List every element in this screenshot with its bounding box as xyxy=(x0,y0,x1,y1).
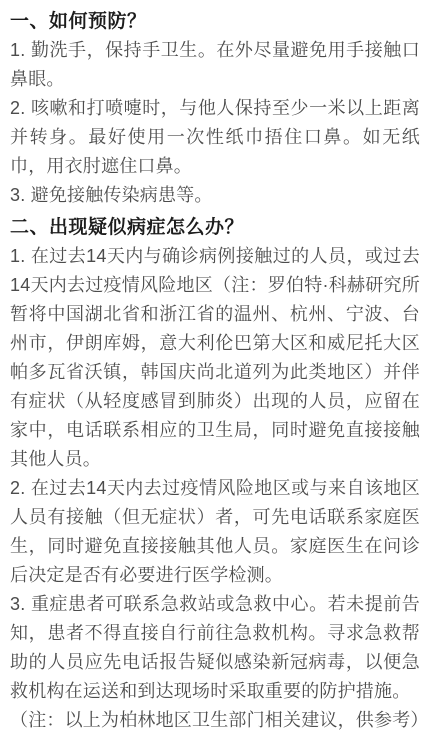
section-heading-prevention: 一、如何预防？ xyxy=(10,7,420,36)
section-heading-suspected-symptoms: 二、出现疑似病症怎么办？ xyxy=(10,213,420,242)
source-footnote: （注：以上为柏林地区卫生部门相关建议，供参考） xyxy=(10,706,420,735)
prevention-item-3: 3. 避免接触传染病患等。 xyxy=(10,181,420,210)
suspected-item-3: 3. 重症患者可联系急救站或急救中心。若未提前告知，患者不得直接自行前往急救机构… xyxy=(10,590,420,706)
prevention-item-1: 1. 勤洗手，保持手卫生。在外尽量避免用手接触口鼻眼。 xyxy=(10,36,420,94)
suspected-item-1: 1. 在过去14天内与确诊病例接触过的人员，或过去14天内去过疫情风险地区（注：… xyxy=(10,242,420,474)
article-body: 一、如何预防？ 1. 勤洗手，保持手卫生。在外尽量避免用手接触口鼻眼。 2. 咳… xyxy=(0,0,430,741)
prevention-item-2: 2. 咳嗽和打喷嚏时，与他人保持至少一米以上距离并转身。最好使用一次性纸巾捂住口… xyxy=(10,94,420,181)
suspected-item-2: 2. 在过去14天内去过疫情风险地区或与来自该地区人员有接触（但无症状）者，可先… xyxy=(10,474,420,590)
